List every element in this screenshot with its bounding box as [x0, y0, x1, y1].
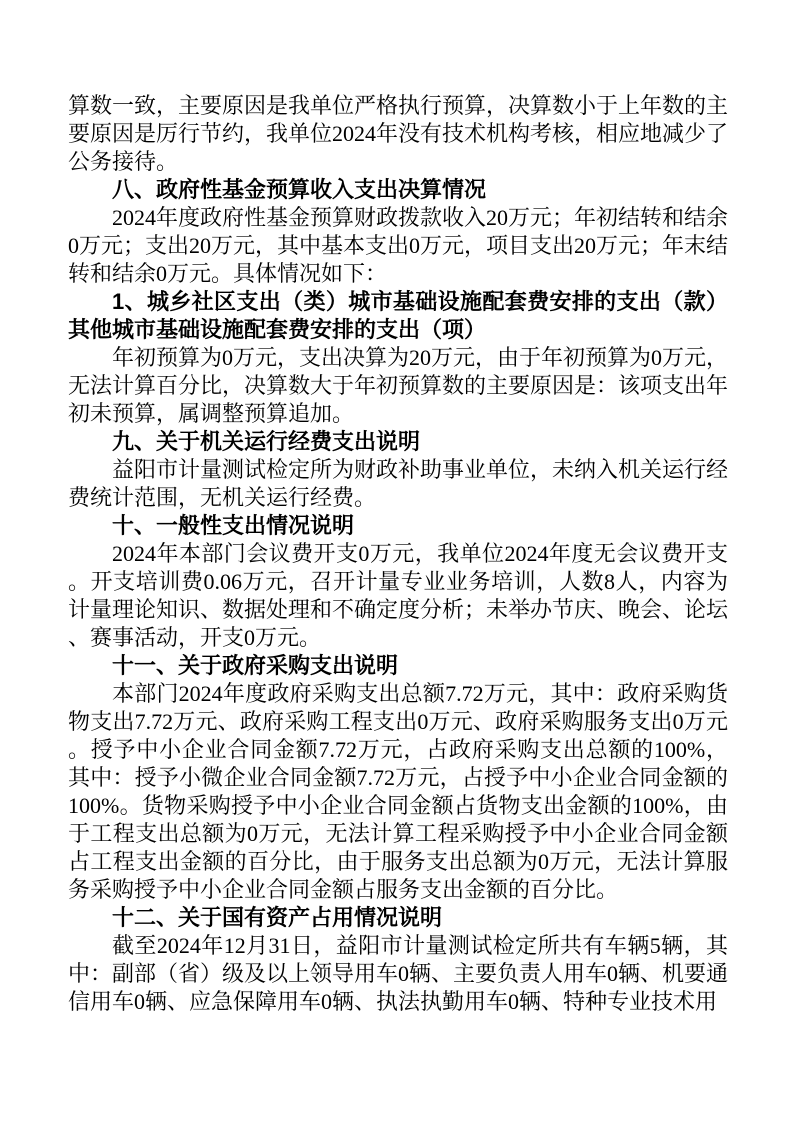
paragraph-section-12-body: 截至2024年12月31日，益阳市计量测试检定所共有车辆5辆，其中：副部（省）级… [68, 932, 728, 1016]
paragraph-continuation: 算数一致，主要原因是我单位严格执行预算，决算数小于上年数的主要原因是厉行节约，我… [68, 92, 728, 176]
subsection-heading-8-1: 1、城乡社区支出（类）城市基础设施配套费安排的支出（款）其他城市基础设施配套费安… [68, 288, 728, 344]
section-heading-8: 八、政府性基金预算收入支出决算情况 [68, 176, 728, 204]
document-page: 算数一致，主要原因是我单位严格执行预算，决算数小于上年数的主要原因是厉行节约，我… [0, 0, 793, 1122]
section-heading-12: 十二、关于国有资产占用情况说明 [68, 904, 728, 932]
section-heading-11: 十一、关于政府采购支出说明 [68, 652, 728, 680]
section-heading-10: 十、一般性支出情况说明 [68, 512, 728, 540]
paragraph-section-8-body: 2024年度政府性基金预算财政拨款收入20万元；年初结转和结余0万元；支出20万… [68, 204, 728, 288]
paragraph-section-11-body: 本部门2024年度政府采购支出总额7.72万元，其中：政府采购货物支出7.72万… [68, 680, 728, 904]
paragraph-section-10-body: 2024年本部门会议费开支0万元，我单位2024年度无会议费开支。开支培训费0.… [68, 540, 728, 652]
paragraph-section-9-body: 益阳市计量测试检定所为财政补助事业单位，未纳入机关运行经费统计范围，无机关运行经… [68, 456, 728, 512]
document-body: 算数一致，主要原因是我单位严格执行预算，决算数小于上年数的主要原因是厉行节约，我… [68, 92, 728, 1016]
paragraph-subsection-8-1-body: 年初预算为0万元，支出决算为20万元，由于年初预算为0万元，无法计算百分比，决算… [68, 344, 728, 428]
section-heading-9: 九、关于机关运行经费支出说明 [68, 428, 728, 456]
